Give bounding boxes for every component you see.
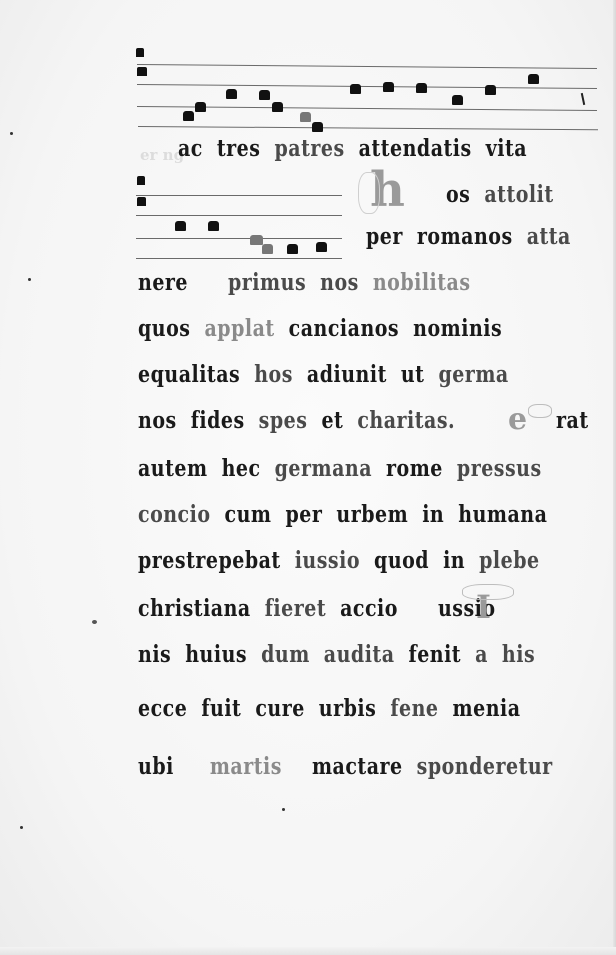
word: applat [204, 315, 274, 343]
word: os [446, 181, 470, 209]
word: martis [210, 753, 282, 781]
word: ecce [138, 695, 187, 723]
text-line-5: quosapplatcancianosnominis [138, 320, 516, 342]
word: tres [217, 135, 261, 163]
word: hec [222, 455, 261, 483]
word: mactare [312, 753, 403, 781]
text-line-11: christianafieretaccioussio [138, 600, 510, 622]
staff-line [137, 84, 597, 89]
word: menia [453, 695, 521, 723]
neume [175, 221, 186, 231]
neume [383, 82, 394, 92]
word: germana [275, 455, 372, 483]
word: fene [390, 695, 438, 723]
word: primus [228, 269, 306, 297]
word: per [286, 501, 323, 529]
margin-speck [92, 620, 97, 624]
word: romanos [417, 223, 513, 251]
neume [287, 244, 298, 254]
word: fieret [265, 595, 326, 623]
text-line-3: perromanosatta [366, 228, 585, 250]
neume [262, 244, 273, 254]
initial-flourish [462, 584, 514, 600]
margin-speck [282, 808, 285, 811]
staff-line [136, 258, 342, 259]
word: in [443, 547, 465, 575]
neume [259, 90, 270, 100]
neume [316, 242, 327, 252]
manuscript-page: er ng actrespatresattendatisvita h osatt… [0, 0, 616, 955]
word: nere [138, 269, 188, 297]
word: a [475, 641, 488, 669]
word: urbem [336, 501, 408, 529]
word: nos [138, 407, 177, 435]
word: nos [320, 269, 359, 297]
word: germa [438, 361, 508, 389]
word: iussio [295, 547, 360, 575]
staff-line [136, 238, 342, 239]
neume [208, 221, 219, 231]
text-line-4: nereprimusnosnobilitas [138, 274, 485, 296]
word: attolit [484, 181, 553, 209]
word: fides [191, 407, 245, 435]
c-clef-icon [137, 67, 147, 76]
neume [312, 122, 323, 132]
c-clef-icon [137, 176, 145, 185]
text-line-9: conciocumperurbeminhumana [138, 506, 561, 528]
word: accio [340, 595, 398, 623]
neume [485, 85, 496, 95]
text-line-2: osattolit [446, 186, 568, 208]
word: atta [527, 223, 571, 251]
word: ubi [138, 753, 174, 781]
c-clef-icon [137, 197, 146, 206]
custos-mark [581, 93, 585, 105]
word: nis [138, 641, 171, 669]
word: attendatis [359, 135, 472, 163]
text-line-8: autemhecgermanaromepressus [138, 460, 556, 482]
word: in [422, 501, 444, 529]
word: plebe [479, 547, 539, 575]
initial-flourish [528, 404, 552, 418]
word: concio [138, 501, 211, 529]
word: rome [386, 455, 443, 483]
neume [250, 235, 263, 245]
neume [300, 112, 311, 122]
word: ac [178, 135, 203, 163]
word: cure [255, 695, 304, 723]
text-line-7: nosfidesspesetcharitas. [138, 412, 469, 434]
word: christiana [138, 595, 251, 623]
word: dum [261, 641, 310, 669]
word: urbis [319, 695, 377, 723]
word: fuit [201, 695, 241, 723]
neume [350, 84, 361, 94]
decorated-initial-e: e [508, 404, 527, 436]
neume [528, 74, 539, 84]
word: cancianos [289, 315, 399, 343]
neume [452, 95, 463, 105]
text-line-7b: rat [556, 412, 603, 434]
text-line-6: equalitashosadiunitutgerma [138, 366, 523, 388]
word: fenit [409, 641, 462, 669]
word: quod [374, 547, 429, 575]
neume [195, 102, 206, 112]
word: prestrepebat [138, 547, 281, 575]
staff-line [136, 215, 342, 216]
c-clef-icon [136, 48, 144, 57]
text-line-14: ubimartismactaresponderetur [138, 758, 567, 780]
word: cum [225, 501, 272, 529]
word: spes [259, 407, 308, 435]
word: quos [138, 315, 190, 343]
initial-flourish [358, 172, 380, 214]
word: autem [138, 455, 208, 483]
margin-speck [10, 132, 13, 135]
margin-speck [28, 278, 31, 281]
word: vita [486, 135, 527, 163]
text-line-12: nishuiusdumauditafenitahis [138, 646, 549, 668]
word: huius [185, 641, 247, 669]
word: adiunit [307, 361, 387, 389]
neume [272, 102, 283, 112]
word: pressus [457, 455, 542, 483]
word: humana [458, 501, 547, 529]
margin-speck [20, 826, 23, 829]
word: nobilitas [373, 269, 471, 297]
word: sponderetur [417, 753, 553, 781]
word: equalitas [138, 361, 240, 389]
text-line-13: eccefuitcureurbisfenemenia [138, 700, 535, 722]
word: audita [324, 641, 395, 669]
staff-line [138, 126, 598, 130]
word: nominis [413, 315, 502, 343]
word: charitas. [357, 407, 455, 435]
staff-line [137, 64, 597, 69]
staff-line [136, 195, 342, 196]
page-edge-bottom [0, 947, 616, 955]
word: rat [556, 407, 589, 435]
word: per [366, 223, 403, 251]
neume [416, 83, 427, 93]
word: patres [274, 135, 344, 163]
word: ut [401, 361, 425, 389]
lyric-line-1: actrespatresattendatisvita [178, 140, 541, 162]
word: hos [254, 361, 293, 389]
neume [226, 89, 237, 99]
text-line-10: prestrepebatiussioquodinplebe [138, 552, 554, 574]
word: et [321, 407, 343, 435]
neume [183, 111, 194, 121]
word: his [502, 641, 535, 669]
